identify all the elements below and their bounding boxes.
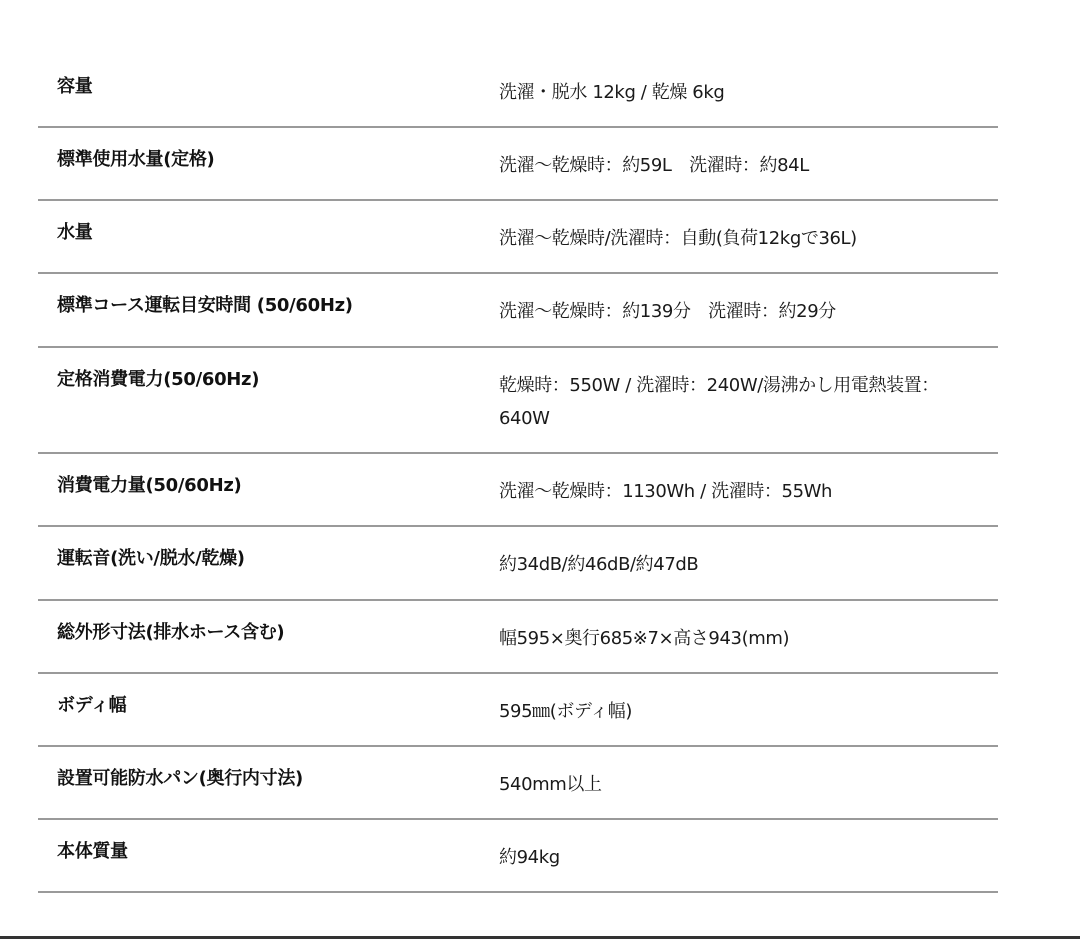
spec-label: 運転音(洗い/脱水/乾燥) — [38, 527, 499, 571]
spec-label: 容量 — [38, 55, 499, 99]
spec-value: 乾燥時：550W / 洗濯時：240W/湯沸かし用電熱装置：640W — [499, 348, 998, 435]
spec-row-capacity: 容量 洗濯・脱水 12kg / 乾燥 6kg — [38, 55, 998, 128]
spec-value: 洗濯〜乾燥時：約59L 洗濯時：約84L — [499, 128, 998, 182]
spec-label: 標準コース運転目安時間 (50/60Hz) — [38, 274, 499, 318]
spec-value: 幅595×奥行685※7×高さ943(mm) — [499, 601, 998, 655]
spec-label: 水量 — [38, 201, 499, 245]
spec-row-waterproof-pan: 設置可能防水パン(奥行内寸法) 540mm以上 — [38, 747, 998, 820]
spec-value: 洗濯・脱水 12kg / 乾燥 6kg — [499, 55, 998, 109]
spec-row-water-amount: 水量 洗濯〜乾燥時/洗濯時：自動(負荷12kgで36L) — [38, 201, 998, 274]
spec-row-dimensions: 総外形寸法(排水ホース含む) 幅595×奥行685※7×高さ943(mm) — [38, 601, 998, 674]
spec-value: 約34dB/約46dB/約47dB — [499, 527, 998, 581]
spec-label: 定格消費電力(50/60Hz) — [38, 348, 499, 392]
spec-value: 洗濯〜乾燥時：約139分 洗濯時：約29分 — [499, 274, 998, 328]
spec-value: 595㎜(ボディ幅) — [499, 674, 998, 728]
spec-value: 洗濯〜乾燥時：1130Wh / 洗濯時：55Wh — [499, 454, 998, 508]
spec-label: 標準使用水量(定格) — [38, 128, 499, 172]
spec-label: 本体質量 — [38, 820, 499, 864]
spec-value: 洗濯〜乾燥時/洗濯時：自動(負荷12kgで36L) — [499, 201, 998, 255]
spec-row-noise: 運転音(洗い/脱水/乾燥) 約34dB/約46dB/約47dB — [38, 527, 998, 601]
spec-row-course-time: 標準コース運転目安時間 (50/60Hz) 洗濯〜乾燥時：約139分 洗濯時：約… — [38, 274, 998, 348]
spec-value: 約94kg — [499, 820, 998, 874]
spec-label: 消費電力量(50/60Hz) — [38, 454, 499, 498]
spec-label: 総外形寸法(排水ホース含む) — [38, 601, 499, 645]
spec-row-body-width: ボディ幅 595㎜(ボディ幅) — [38, 674, 998, 747]
spec-table: 容量 洗濯・脱水 12kg / 乾燥 6kg 標準使用水量(定格) 洗濯〜乾燥時… — [38, 55, 998, 893]
spec-row-standard-water-usage: 標準使用水量(定格) 洗濯〜乾燥時：約59L 洗濯時：約84L — [38, 128, 998, 201]
spec-label: 設置可能防水パン(奥行内寸法) — [38, 747, 499, 791]
spec-value: 540mm以上 — [499, 747, 998, 801]
spec-label: ボディ幅 — [38, 674, 499, 718]
spec-row-rated-power: 定格消費電力(50/60Hz) 乾燥時：550W / 洗濯時：240W/湯沸かし… — [38, 348, 998, 454]
spec-row-body-weight: 本体質量 約94kg — [38, 820, 998, 893]
spec-row-energy-consumption: 消費電力量(50/60Hz) 洗濯〜乾燥時：1130Wh / 洗濯時：55Wh — [38, 454, 998, 527]
